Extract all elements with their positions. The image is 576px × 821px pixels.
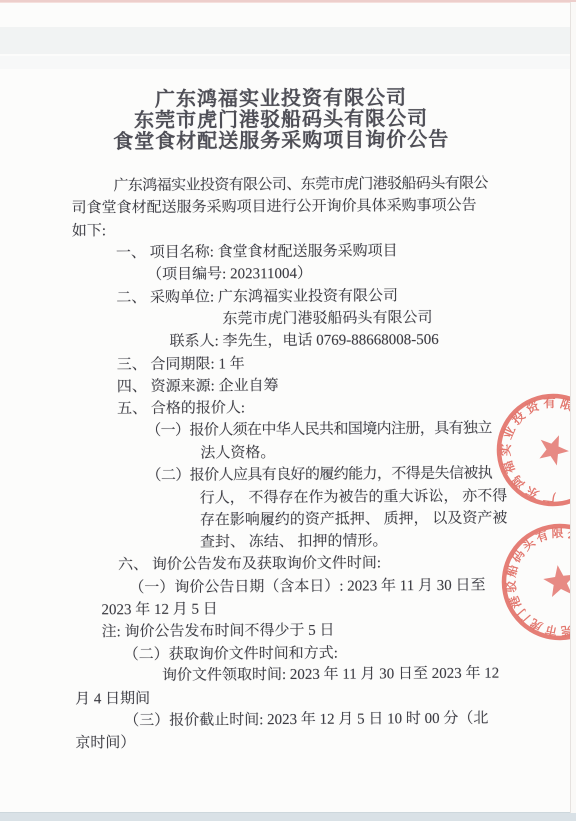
doc-line-contact: 联系人: 李先生，电话 0769-88668008-506: [170, 331, 439, 352]
doc-line-contract-term: 三、 合同期限: 1 年: [117, 355, 245, 375]
doc-line: 司食堂食材配送服务采购项目进行公开询价具体采购事项公告: [72, 197, 477, 219]
doc-line: 查封、 冻结、 扣押的情形。: [200, 532, 388, 552]
doc-line: 京时间）: [75, 734, 135, 753]
doc-line: （二）获取询价文件时间和方式:: [124, 645, 338, 665]
title-line-3: 食堂食材配送服务采购项目询价公告: [0, 122, 564, 155]
doc-line-qualified-bidders: 五、 合格的报价人:: [117, 399, 245, 419]
doc-line-purchaser: 二、 采购单位: 广东鸿福实业投资有限公司: [116, 287, 398, 308]
scanned-document-page: 广东鸿福实业投资有限公司 东莞市虎门港驳船码头有限公司 食堂食材配送服务采购项目…: [0, 0, 576, 821]
doc-line: 如下:: [72, 222, 106, 241]
doc-line: （二）报价人应具有良好的履约能力，不得是失信被执: [146, 465, 492, 486]
doc-line-deadline: （三）报价截止时间: 2023 年 12 月 5 日 10 时 00 分（北: [124, 710, 488, 732]
doc-line: 东莞市虎门港驳船码头有限公司: [222, 309, 432, 329]
doc-line: 询价文件领取时间: 2023 年 11 月 30 日至 2023 年 12: [162, 665, 499, 686]
doc-line: 月 4 日期间: [75, 690, 150, 710]
doc-line: （一）报价人须在中华人民共和国境内注册，具有独立: [146, 420, 492, 441]
doc-line-announce-time: 六、 询价公告发布及获取询价文件时间:: [118, 554, 381, 575]
doc-line: 行人， 不得存在作为被告的重大诉讼， 亦不得: [200, 487, 508, 508]
doc-line: 法人资格。: [200, 444, 275, 464]
doc-line-note: 注: 询价公告发布时间不得少于 5 日: [102, 622, 335, 643]
doc-line-fund-source: 四、 资源来源: 企业自筹: [117, 377, 279, 397]
doc-line: 存在影响履约的资产抵押、 质押， 以及资产被: [200, 509, 508, 530]
doc-line: （一）询价公告日期（含本日）: 2023 年 11 月 30 日至: [129, 577, 485, 598]
document-content: 广东鸿福实业投资有限公司 东莞市虎门港驳船码头有限公司 食堂食材配送服务采购项目…: [0, 0, 576, 821]
doc-line: 广东鸿福实业投资有限公司、东莞市虎门港驳船码头有限公: [113, 175, 488, 197]
doc-line: 2023 年 12 月 5 日: [101, 600, 217, 620]
doc-line-project-number: （项目编号: 202311004）: [147, 265, 312, 285]
doc-line-project-name: 一、 项目名称: 食堂食材配送服务采购项目: [116, 242, 398, 263]
